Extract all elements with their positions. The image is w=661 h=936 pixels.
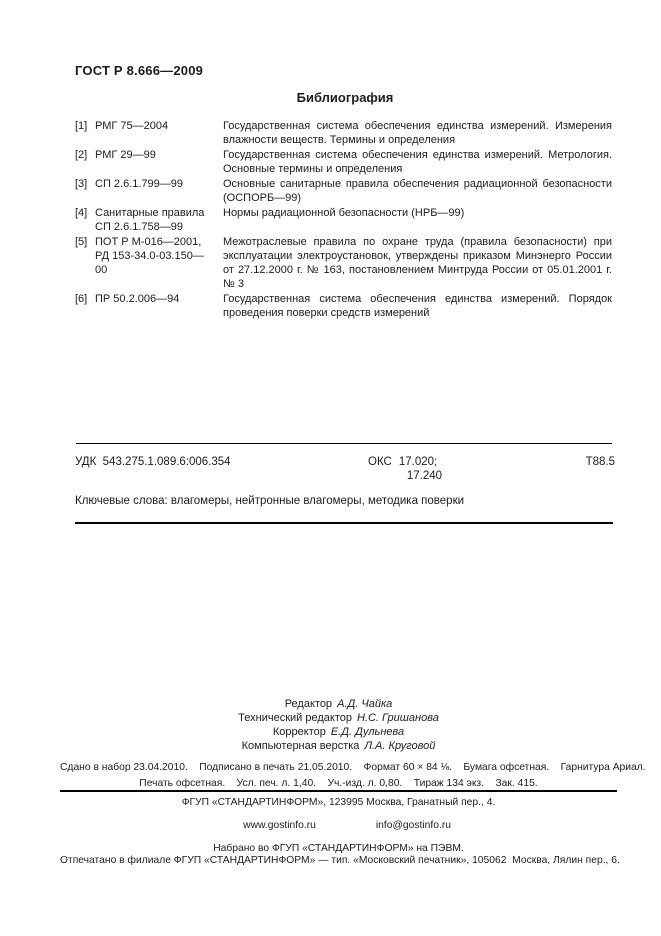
- imprint-block: Сдано в набор 23.04.2010. Подписано в пе…: [60, 760, 617, 791]
- udk-code: УДК 543.275.1.089.6:006.354: [75, 455, 231, 469]
- entry-number: [2]: [75, 148, 95, 176]
- credit-row: Компьютерная версткаЛ.А. Круговой: [60, 739, 617, 753]
- publisher-typeset-note: Набрано во ФГУП «СТАНДАРТИНФОРМ» на ПЭВМ…: [60, 843, 617, 855]
- bibliography-entry: [4] Санитарные правила СП 2.6.1.758—99 Н…: [75, 206, 612, 234]
- bibliography-entry: [6] ПР 50.2.006—94 Государственная систе…: [75, 292, 612, 320]
- credit-name: А.Д. Чайка: [337, 698, 392, 710]
- publisher-website: www.gostinfo.ru: [243, 820, 316, 831]
- publisher-email: info@gostinfo.ru: [376, 820, 451, 831]
- oks-label: ОКС: [368, 455, 392, 483]
- credit-name: Н.С. Гришанова: [357, 712, 439, 724]
- credit-name: Е.Д. Дульнева: [331, 726, 404, 738]
- section-title: Библиография: [75, 90, 615, 105]
- entry-description: Нормы радиационной безопасности (НРБ—99): [223, 206, 612, 234]
- entry-code: СП 2.6.1.799—99: [95, 177, 223, 205]
- doc-number: ГОСТ Р 8.666—2009: [75, 63, 203, 78]
- keywords-line: Ключевые слова: влагомеры, нейтронные вл…: [75, 495, 464, 507]
- bibliography-entry: [5] ПОТ Р М-016—2001, РД 153-34.0-03.150…: [75, 235, 612, 291]
- credit-role: Редактор: [285, 698, 332, 710]
- credit-role: Технический редактор: [238, 712, 352, 724]
- imprint-line-2: Печать офсетная. Усл. печ. л. 1,40. Уч.-…: [60, 776, 617, 792]
- credit-row: Технический редакторН.С. Гришанова: [60, 711, 617, 725]
- bibliography-entry: [2] РМГ 29—99 Государственная система об…: [75, 148, 612, 176]
- publisher-contacts: www.gostinfo.ruinfo@gostinfo.ru: [60, 809, 617, 844]
- entry-number: [6]: [75, 292, 95, 320]
- credit-name: Л.А. Круговой: [364, 740, 435, 752]
- divider-line-middle: [75, 522, 613, 524]
- entry-code: РМГ 29—99: [95, 148, 223, 176]
- entry-description: Государственная система обеспечения един…: [223, 148, 612, 176]
- divider-line-bottom: [60, 790, 617, 792]
- credit-row: КорректорЕ.Д. Дульнева: [60, 725, 617, 739]
- entry-code: РМГ 75—2004: [95, 119, 223, 147]
- credit-role: Компьютерная верстка: [242, 740, 360, 752]
- oks-numbers: 17.020; 17.240: [399, 455, 442, 483]
- entry-code: Санитарные правила СП 2.6.1.758—99: [95, 206, 223, 234]
- divider-line-top: [76, 443, 612, 444]
- bibliography-list: [1] РМГ 75—2004 Государственная система …: [75, 119, 612, 321]
- document-page: ГОСТ Р 8.666—2009 Библиография [1] РМГ 7…: [0, 0, 661, 936]
- credits-block: РедакторА.Д. Чайка Технический редакторН…: [60, 697, 617, 753]
- entry-code: ПОТ Р М-016—2001, РД 153-34.0-03.150—00: [95, 235, 223, 291]
- credit-role: Корректор: [273, 726, 326, 738]
- oks-number-2: 17.240: [399, 469, 442, 483]
- entry-description: Государственная система обеспечения един…: [223, 119, 612, 147]
- entry-description: Государственная система обеспечения един…: [223, 292, 612, 320]
- publisher-address: ФГУП «СТАНДАРТИНФОРМ», 123995 Москва, Гр…: [60, 797, 617, 809]
- entry-code: ПР 50.2.006—94: [95, 292, 223, 320]
- publisher-printed-note: Отпечатано в филиале ФГУП «СТАНДАРТИНФОР…: [60, 855, 617, 867]
- entry-description: Основные санитарные правила обеспечения …: [223, 177, 612, 205]
- publisher-block: ФГУП «СТАНДАРТИНФОРМ», 123995 Москва, Гр…: [60, 797, 617, 867]
- entry-number: [3]: [75, 177, 95, 205]
- classification-row: УДК 543.275.1.089.6:006.354 ОКС 17.020; …: [75, 455, 615, 485]
- credit-row: РедакторА.Д. Чайка: [60, 697, 617, 711]
- bibliography-entry: [1] РМГ 75—2004 Государственная система …: [75, 119, 612, 147]
- bibliography-entry: [3] СП 2.6.1.799—99 Основные санитарные …: [75, 177, 612, 205]
- entry-number: [4]: [75, 206, 95, 234]
- entry-number: [1]: [75, 119, 95, 147]
- t-classification-code: Т88.5: [586, 455, 615, 469]
- entry-number: [5]: [75, 235, 95, 291]
- oks-number-1: 17.020;: [399, 455, 442, 469]
- imprint-line-1: Сдано в набор 23.04.2010. Подписано в пе…: [60, 760, 617, 776]
- entry-description: Межотраслевые правила по охране труда (п…: [223, 235, 612, 291]
- oks-codes: ОКС 17.020; 17.240: [368, 455, 442, 483]
